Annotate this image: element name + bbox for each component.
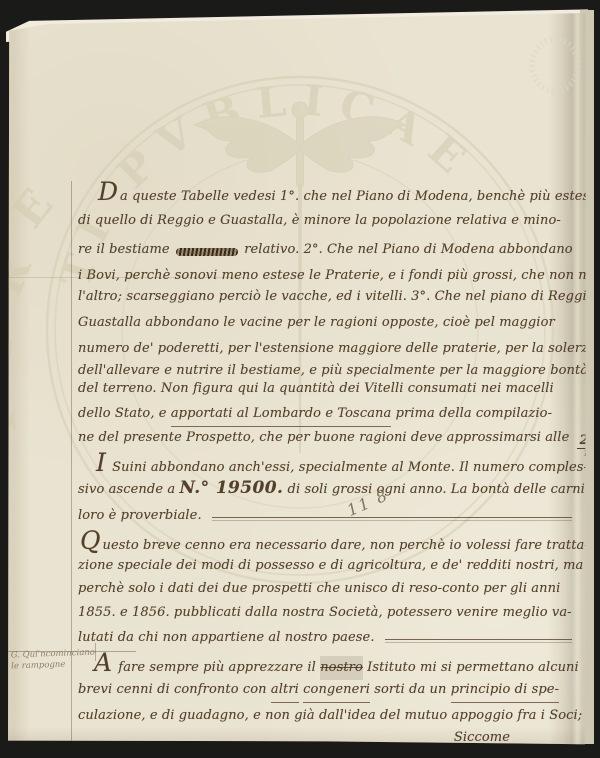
handwriting-segment: congeneri xyxy=(303,678,370,703)
manuscript-line: re il bestiame relativo. 2°. Che nel Pia… xyxy=(8,238,586,262)
manuscript-line: Guastalla abbondano le vacine per le rag… xyxy=(8,311,586,335)
handwriting-segment: di soli grossi ogni anno. La bontà delle… xyxy=(283,478,585,502)
manuscript-line: 1855. e 1856. pubblicati dalla nostra So… xyxy=(8,601,586,625)
scan-background: { "document": { "kind": "handwritten man… xyxy=(0,0,600,758)
handwriting-segment: altri xyxy=(271,678,299,703)
manuscript-line: Da queste Tabelle vedesi 1°. che nel Pia… xyxy=(8,180,586,204)
manuscript-line: sivo ascende a N.° 19500. di soli grossi… xyxy=(8,476,586,500)
handwriting-segment: culazione, e di guadagno, e non già dall… xyxy=(78,704,582,728)
handwriting-segment: relativo. 2°. Che nel Piano di Modena ab… xyxy=(240,238,573,262)
manuscript-line: Siccome xyxy=(8,726,586,750)
manuscript-line: zione speciale dei modi di possesso e di… xyxy=(8,554,586,578)
manuscript-text: Da queste Tabelle vedesi 1°. che nel Pia… xyxy=(8,13,586,745)
handwriting-segment: Siccome xyxy=(454,726,510,750)
handwriting-segment: re il bestiame xyxy=(78,238,174,262)
handwriting-segment: sorti da un xyxy=(370,678,451,702)
handwriting-segment: di quello di Reggio e Guastalla, è minor… xyxy=(78,209,561,233)
ink-strikeout-scribble xyxy=(176,248,238,256)
manuscript-line: numero de' poderetti, per l'estensione m… xyxy=(8,337,586,361)
handwriting-segment: loro è proverbiale. xyxy=(78,504,202,528)
manuscript-line: di quello di Reggio e Guastalla, è minor… xyxy=(8,209,586,233)
manuscript-line: perchè solo i dati dei due prospetti che… xyxy=(8,577,586,601)
ink-rule-line xyxy=(212,517,572,521)
manuscript-line: Questo breve cenno era necessario dare, … xyxy=(8,529,586,553)
handwriting-segment: a queste Tabelle vedesi 1°. che nel Pian… xyxy=(120,185,597,209)
handwriting-segment: fare sempre più apprezzare il xyxy=(114,656,320,680)
manuscript-line: dello Stato, e apportati al Lombardo e T… xyxy=(8,402,586,426)
handwriting-segment: ne del presente Prospetto, che per buone… xyxy=(78,426,574,450)
handwriting-segment: lutati da chi non appartiene al nostro p… xyxy=(78,626,375,650)
handwriting-segment: principio di spe- xyxy=(451,678,559,703)
manuscript-line: lutati da chi non appartiene al nostro p… xyxy=(8,626,586,650)
handwriting-segment: nostro xyxy=(320,656,363,680)
handwriting-segment: Guastalla abbondano le vacine per le rag… xyxy=(78,311,555,335)
manuscript-line: ne del presente Prospetto, che per buone… xyxy=(8,426,586,450)
handwriting-segment: numero de' poderetti, per l'estensione m… xyxy=(78,337,600,361)
handwriting-segment: apportati al Lombardo e Toscana xyxy=(171,402,392,427)
handwriting-segment: sivo ascende a xyxy=(78,478,179,502)
manuscript-line: brevi cenni di confronto con altri conge… xyxy=(8,678,586,702)
handwriting-segment: prima della compilazio- xyxy=(391,402,552,426)
manuscript-line: loro è proverbiale. xyxy=(8,504,586,528)
initial-capital: D xyxy=(98,180,118,204)
handwriting-segment: dello Stato, e xyxy=(78,402,171,426)
handwriting-segment: Istituto mi si permettano alcuni xyxy=(363,656,579,680)
handwriting-segment: 1855. e 1856. pubblicati dalla nostra So… xyxy=(78,601,572,625)
handwriting-segment: l'altro; scarseggiano perciò le vacche, … xyxy=(78,285,600,309)
handwriting-segment: perchè solo i dati dei due prospetti che… xyxy=(78,577,560,601)
manuscript-page: TI PVBLICAE E R T I Da queste Tabelle ve… xyxy=(8,13,586,745)
handwriting-segment: brevi cenni di confronto con xyxy=(78,678,271,702)
manuscript-line: culazione, e di guadagno, e non già dall… xyxy=(8,704,586,728)
ink-rule-line xyxy=(385,639,572,643)
initial-capital: Q xyxy=(80,529,101,553)
manuscript-line: l'altro; scarseggiano perciò le vacche, … xyxy=(8,285,586,309)
handwriting-segment: del terreno. Non figura qui la quantità … xyxy=(78,377,554,401)
margin-note-pencil: G. Qui'ncominciano le rampogne xyxy=(11,648,98,673)
handwriting-segment: zione speciale dei modi di possesso e di… xyxy=(78,554,583,578)
initial-capital: I xyxy=(96,451,106,475)
manuscript-line: I Suini abbondano anch'essi, specialment… xyxy=(8,451,586,475)
handwriting-segment: N.° 19500. xyxy=(179,476,283,500)
manuscript-line: del terreno. Non figura qui la quantità … xyxy=(8,377,586,401)
